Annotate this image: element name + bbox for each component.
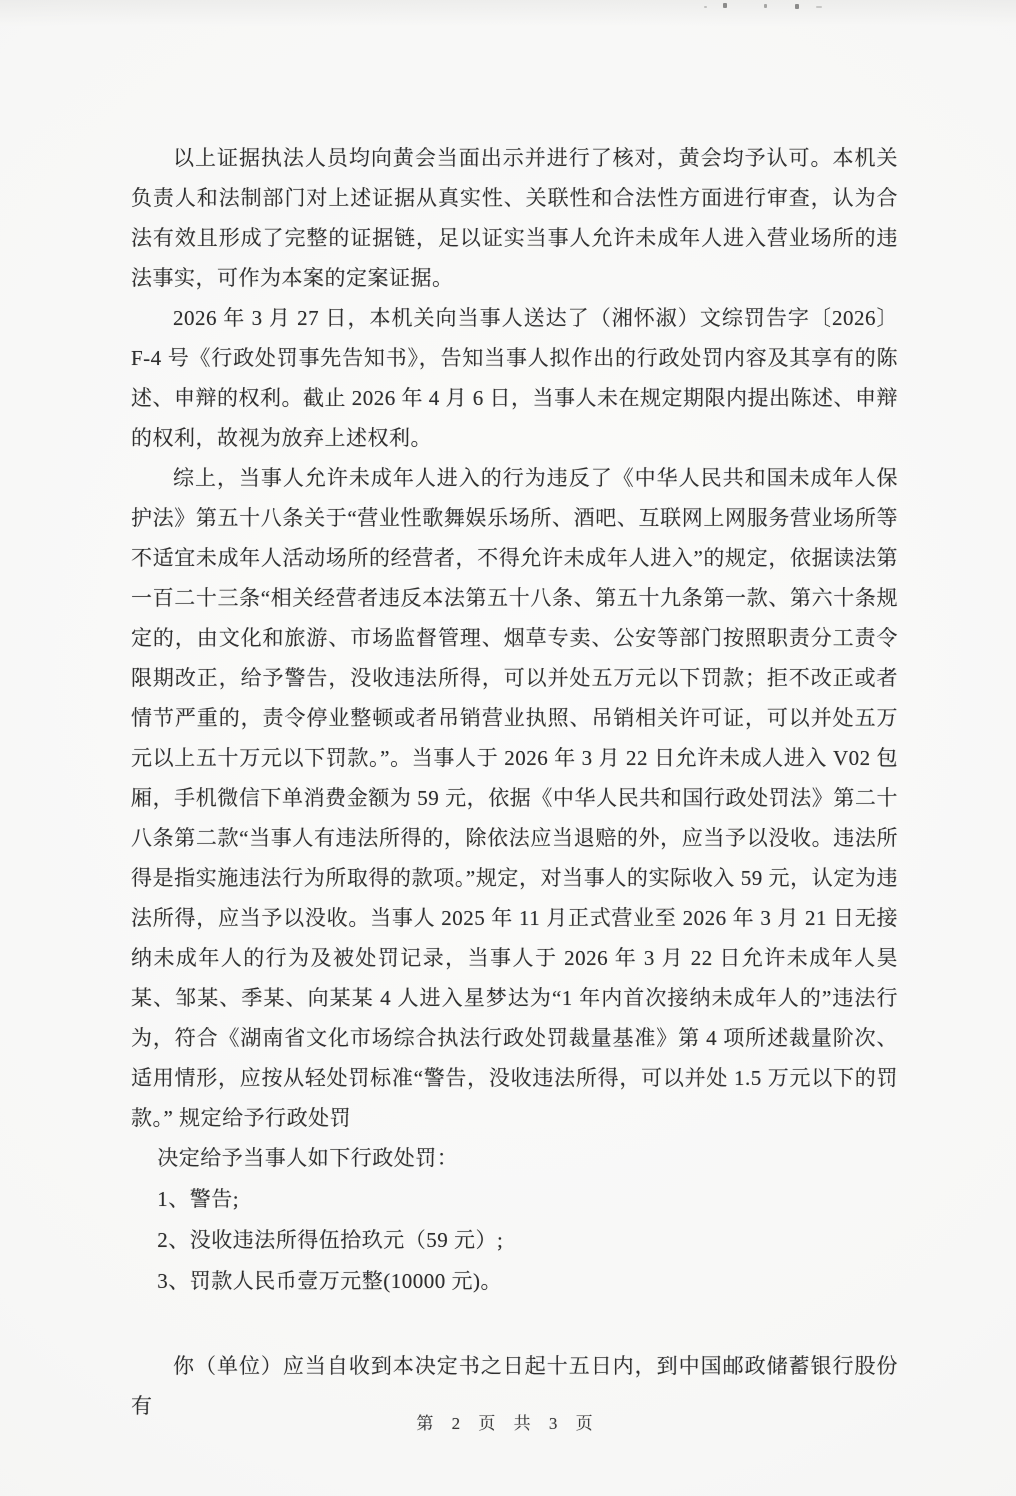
scan-speck	[704, 6, 707, 8]
page-number: 第 2 页 共 3 页	[0, 1409, 1016, 1434]
scan-speck	[723, 3, 727, 8]
scan-speck	[764, 4, 767, 8]
paragraph-prior-notice: 2026 年 3 月 27 日，本机关向当事人送达了（湘怀淑）文综罚告字〔202…	[131, 298, 898, 458]
document-body: 以上证据执法人员均向黄会当面出示并进行了核对，黄会均予认可。本机关负责人和法制部…	[131, 138, 898, 1426]
penalty-decision-section: 决定给予当事人如下行政处罚： 1、警告; 2、没收违法所得伍拾玖元（59 元）;…	[131, 1138, 898, 1302]
penalty-item-fine: 3、罚款人民币壹万元整(10000 元)。	[131, 1261, 898, 1302]
scan-speck	[816, 6, 822, 8]
penalty-item-warning: 1、警告;	[131, 1179, 898, 1220]
penalty-decision-intro: 决定给予当事人如下行政处罚：	[131, 1138, 898, 1179]
document-page: 以上证据执法人员均向黄会当面出示并进行了核对，黄会均予认可。本机关负责人和法制部…	[0, 0, 1016, 1496]
paragraph-evidence-review: 以上证据执法人员均向黄会当面出示并进行了核对，黄会均予认可。本机关负责人和法制部…	[131, 138, 898, 298]
paragraph-legal-basis: 综上，当事人允许未成年人进入的行为违反了《中华人民共和国未成年人保护法》第五十八…	[131, 458, 898, 1138]
penalty-item-confiscation: 2、没收违法所得伍拾玖元（59 元）;	[131, 1220, 898, 1261]
scan-speck	[795, 4, 799, 9]
